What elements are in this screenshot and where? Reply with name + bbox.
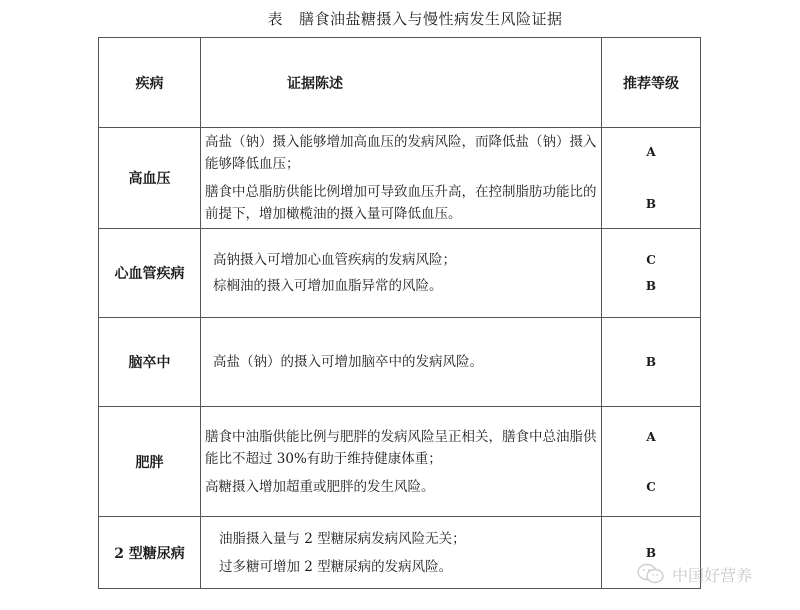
table-caption: 表膳食油盐糖摄入与慢性病发生风险证据 bbox=[0, 8, 800, 29]
evidence-cell: 高盐（钠）的摄入可增加脑卒中的发病风险。 bbox=[201, 318, 602, 407]
wechat-icon bbox=[636, 562, 666, 586]
evidence-statement: 膳食中油脂供能比例与肥胖的发病风险呈正相关，膳食中总油脂供能比不超过 30%有助… bbox=[205, 426, 601, 470]
evidence-table: 疾病 证据陈述 推荐等级 高血压 高盐（钠）摄入能够增加高血压的发病风险，而降低… bbox=[98, 37, 701, 589]
grade-cell: A C bbox=[602, 407, 701, 517]
table-row: 脑卒中 高盐（钠）的摄入可增加脑卒中的发病风险。 B bbox=[99, 318, 701, 407]
grade-value: B bbox=[602, 546, 700, 560]
grade-cell: C B bbox=[602, 229, 701, 318]
evidence-statement: 高盐（钠）的摄入可增加脑卒中的发病风险。 bbox=[213, 351, 601, 373]
evidence-statement: 高钠摄入可增加心血管疾病的发病风险； bbox=[213, 249, 601, 271]
grade-value: B bbox=[602, 279, 700, 293]
grade-value: B bbox=[602, 355, 700, 369]
header-disease: 疾病 bbox=[99, 38, 201, 128]
grade-cell: B bbox=[602, 318, 701, 407]
evidence-statement: 膳食中总脂肪供能比例增加可导致血压升高，在控制脂肪功能比的前提下，增加橄榄油的摄… bbox=[205, 181, 601, 225]
evidence-statement: 油脂摄入量与 2 型糖尿病发病风险无关； bbox=[219, 528, 601, 550]
evidence-statement: 过多糖可增加 2 型糖尿病的发病风险。 bbox=[219, 556, 601, 578]
evidence-cell: 油脂摄入量与 2 型糖尿病发病风险无关； 过多糖可增加 2 型糖尿病的发病风险。 bbox=[201, 517, 602, 589]
evidence-cell: 高钠摄入可增加心血管疾病的发病风险； 棕榈油的摄入可增加血脂异常的风险。 bbox=[201, 229, 602, 318]
evidence-statement: 高盐（钠）摄入能够增加高血压的发病风险，而降低盐（钠）摄入能够降低血压； bbox=[205, 131, 601, 175]
disease-cell: 心血管疾病 bbox=[99, 229, 201, 318]
watermark-text: 中国好营养 bbox=[672, 563, 752, 586]
disease-cell: 高血压 bbox=[99, 128, 201, 229]
watermark: 中国好营养 bbox=[636, 562, 752, 586]
grade-value: C bbox=[602, 480, 700, 494]
header-grade: 推荐等级 bbox=[602, 38, 701, 128]
evidence-statement: 棕榈油的摄入可增加血脂异常的风险。 bbox=[213, 275, 601, 297]
table-row: 高血压 高盐（钠）摄入能够增加高血压的发病风险，而降低盐（钠）摄入能够降低血压；… bbox=[99, 128, 701, 229]
evidence-cell: 膳食中油脂供能比例与肥胖的发病风险呈正相关，膳食中总油脂供能比不超过 30%有助… bbox=[201, 407, 602, 517]
header-evidence: 证据陈述 bbox=[201, 38, 602, 128]
disease-cell: 肥胖 bbox=[99, 407, 201, 517]
grade-value: C bbox=[602, 253, 700, 267]
evidence-cell: 高盐（钠）摄入能够增加高血压的发病风险，而降低盐（钠）摄入能够降低血压； 膳食中… bbox=[201, 128, 602, 229]
table-header-row: 疾病 证据陈述 推荐等级 bbox=[99, 38, 701, 128]
grade-value: A bbox=[602, 145, 700, 159]
table-row: 2 型糖尿病 油脂摄入量与 2 型糖尿病发病风险无关； 过多糖可增加 2 型糖尿… bbox=[99, 517, 701, 589]
caption-prefix: 表 bbox=[267, 10, 283, 28]
grade-value: B bbox=[602, 197, 700, 211]
table-row: 肥胖 膳食中油脂供能比例与肥胖的发病风险呈正相关，膳食中总油脂供能比不超过 30… bbox=[99, 407, 701, 517]
grade-cell: A B bbox=[602, 128, 701, 229]
caption-text: 膳食油盐糖摄入与慢性病发生风险证据 bbox=[299, 10, 563, 28]
disease-cell: 脑卒中 bbox=[99, 318, 201, 407]
table-row: 心血管疾病 高钠摄入可增加心血管疾病的发病风险； 棕榈油的摄入可增加血脂异常的风… bbox=[99, 229, 701, 318]
evidence-statement: 高糖摄入增加超重或肥胖的发生风险。 bbox=[205, 476, 601, 498]
disease-cell: 2 型糖尿病 bbox=[99, 517, 201, 589]
grade-value: A bbox=[602, 430, 700, 444]
